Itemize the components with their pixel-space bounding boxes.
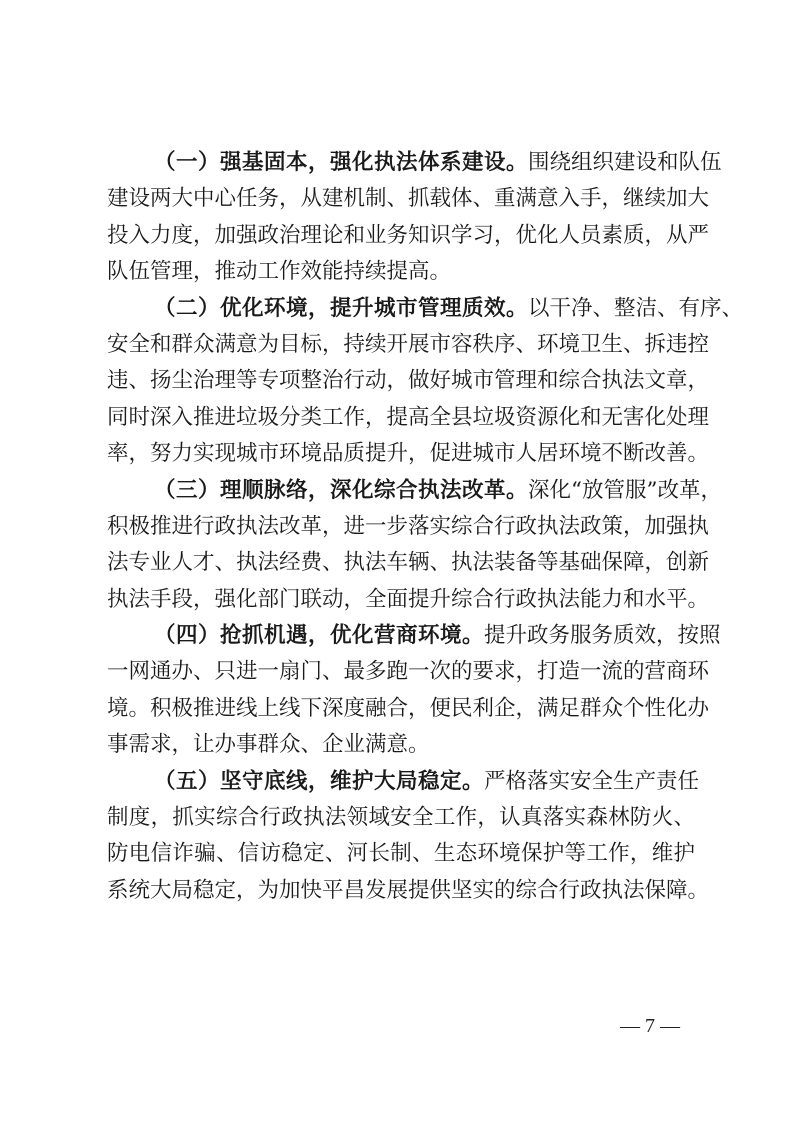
section-3: （三）理顺脉络，深化综合执法改革。深化“放管服”改革， 积极推进行政执法改革，进… <box>107 473 695 619</box>
section-1-heading: （一）强基固本，强化执法体系建设。 <box>154 150 528 175</box>
section-3-first-line: （三）理顺脉络，深化综合执法改革。深化“放管服”改革， <box>107 473 695 509</box>
section-2-first-line-text: 以干净、整洁、有序、 <box>528 296 743 321</box>
section-1-first-line-text: 围绕组织建设和队伍 <box>528 150 722 175</box>
section-1-line: 队伍管理，推动工作效能持续提高。 <box>107 254 695 290</box>
section-4: （四）抢抓机遇，优化营商环境。提升政务服务质效，按照 一网通办、只进一扇门、最多… <box>107 618 695 764</box>
section-1-first-line: （一）强基固本，强化执法体系建设。围绕组织建设和队伍 <box>107 145 695 181</box>
section-3-line: 法专业人才、执法经费、执法车辆、执法装备等基础保障，创新 <box>107 545 695 581</box>
section-2: （二）优化环境，提升城市管理质效。以干净、整洁、有序、 安全和群众满意为目标，持… <box>107 291 695 473</box>
section-3-first-line-text: 深化“放管服”改革， <box>528 478 722 503</box>
section-2-line: 率，努力实现城市环境品质提升，促进城市人居环境不断改善。 <box>107 436 695 472</box>
section-2-line: 违、扬尘治理等专项整治行动，做好城市管理和综合执法文章， <box>107 363 695 399</box>
section-5-heading: （五）坚守底线，维护大局稳定。 <box>154 769 484 794</box>
section-4-line: 一网通办、只进一扇门、最多跑一次的要求，打造一流的营商环 <box>107 654 695 690</box>
document-body: （一）强基固本，强化执法体系建设。围绕组织建设和队伍 建设两大中心任务，从建机制… <box>107 145 695 909</box>
section-5: （五）坚守底线，维护大局稳定。严格落实安全生产责任 制度，抓实综合行政执法领域安… <box>107 764 695 910</box>
section-5-line: 制度，抓实综合行政执法领域安全工作，认真落实森林防火、 <box>107 800 695 836</box>
section-3-line: 积极推进行政执法改革，进一步落实综合行政执法政策，加强执 <box>107 509 695 545</box>
section-1-line: 投入力度，加强政治理论和业务知识学习，优化人员素质，从严 <box>107 218 695 254</box>
section-5-first-line: （五）坚守底线，维护大局稳定。严格落实安全生产责任 <box>107 764 695 800</box>
document-page: （一）强基固本，强化执法体系建设。围绕组织建设和队伍 建设两大中心任务，从建机制… <box>0 0 793 1122</box>
section-4-heading: （四）抢抓机遇，优化营商环境。 <box>154 623 484 648</box>
section-4-first-line-text: 提升政务服务质效，按照 <box>484 623 721 648</box>
section-4-line: 事需求，让办事群众、企业满意。 <box>107 727 695 763</box>
section-2-heading: （二）优化环境，提升城市管理质效。 <box>154 296 528 321</box>
section-5-line: 防电信诈骗、信访稳定、河长制、生态环境保护等工作，维护 <box>107 836 695 872</box>
section-1: （一）强基固本，强化执法体系建设。围绕组织建设和队伍 建设两大中心任务，从建机制… <box>107 145 695 291</box>
section-2-line: 安全和群众满意为目标，持续开展市容秩序、环境卫生、拆违控 <box>107 327 695 363</box>
section-1-line: 建设两大中心任务，从建机制、抓载体、重满意入手，继续加大 <box>107 181 695 217</box>
section-2-first-line: （二）优化环境，提升城市管理质效。以干净、整洁、有序、 <box>107 291 695 327</box>
section-3-heading: （三）理顺脉络，深化综合执法改革。 <box>154 478 528 503</box>
section-2-line: 同时深入推进垃圾分类工作，提高全县垃圾资源化和无害化处理 <box>107 400 695 436</box>
section-5-first-line-text: 严格落实安全生产责任 <box>484 769 699 794</box>
page-number: — 7 — <box>620 1015 680 1038</box>
section-4-line: 境。积极推进线上线下深度融合，便民利企，满足群众个性化办 <box>107 691 695 727</box>
section-5-line: 系统大局稳定，为加快平昌发展提供坚实的综合行政执法保障。 <box>107 873 695 909</box>
section-3-line: 执法手段，强化部门联动，全面提升综合行政执法能力和水平。 <box>107 582 695 618</box>
section-4-first-line: （四）抢抓机遇，优化营商环境。提升政务服务质效，按照 <box>107 618 695 654</box>
